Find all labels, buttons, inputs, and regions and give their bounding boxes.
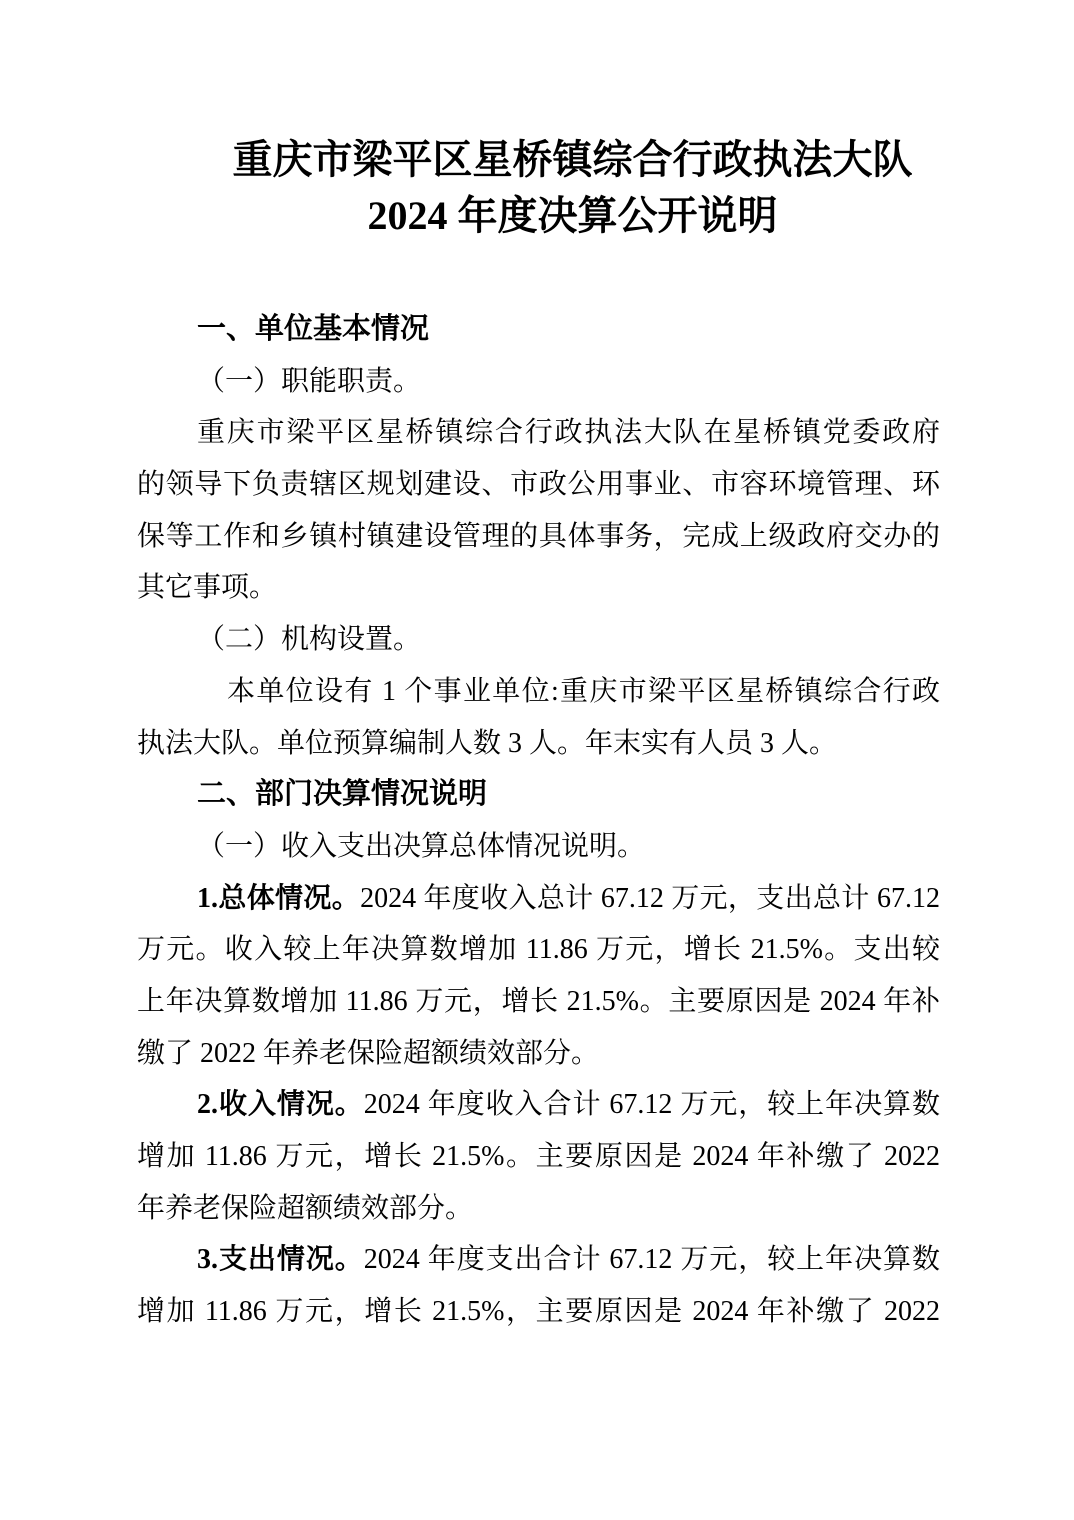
para-overall-text: 2024 年度收入总计 67.12 万元，支出总计 67.12 (360, 883, 940, 914)
para-income-line: 增加 11.86 万元，增长 21.5%。主要原因是 2024 年补缴了 202… (137, 1131, 940, 1183)
doc-body: 一、单位基本情况 （一）职能职责。 重庆市梁平区星桥镇综合行政执法大队在星桥镇党… (137, 304, 940, 1338)
para-expenditure-label: 3.支出情况。 (197, 1244, 364, 1275)
para-duties-line: 其它事项。 (137, 562, 940, 614)
para-duties-line: 的领导下负责辖区规划建设、市政公用事业、市容环境管理、环 (137, 459, 940, 511)
section-2-heading: 二、部门决算情况说明 (137, 769, 940, 821)
para-overall-line: 上年决算数增加 11.86 万元，增长 21.5%。主要原因是 2024 年补 (137, 976, 940, 1028)
subsection-1-1-heading: （一）职能职责。 (137, 356, 940, 408)
para-expenditure-line: 增加 11.86 万元，增长 21.5%，主要原因是 2024 年补缴了 202… (137, 1286, 940, 1338)
doc-title-block: 重庆市梁平区星桥镇综合行政执法大队 2024 年度决算公开说明 (137, 0, 940, 244)
para-income-line: 2.收入情况。2024 年度收入合计 67.12 万元，较上年决算数 (137, 1079, 940, 1131)
para-duties-line: 重庆市梁平区星桥镇综合行政执法大队在星桥镇党委政府 (137, 407, 940, 459)
para-structure-line: 执法大队。单位预算编制人数 3 人。年末实有人员 3 人。 (137, 718, 940, 770)
para-overall-line: 1.总体情况。2024 年度收入总计 67.12 万元，支出总计 67.12 (137, 873, 940, 925)
subsection-1-2-heading: （二）机构设置。 (137, 614, 940, 666)
para-expenditure-line: 3.支出情况。2024 年度支出合计 67.12 万元，较上年决算数 (137, 1234, 940, 1286)
doc-title-line-1: 重庆市梁平区星桥镇综合行政执法大队 (205, 132, 940, 188)
para-overall-label: 1.总体情况。 (197, 883, 360, 914)
para-overall-line: 万元。收入较上年决算数增加 11.86 万元，增长 21.5%。支出较 (137, 924, 940, 976)
para-overall-line: 缴了 2022 年养老保险超额绩效部分。 (137, 1028, 940, 1080)
document-page: 重庆市梁平区星桥镇综合行政执法大队 2024 年度决算公开说明 一、单位基本情况… (0, 0, 1074, 1520)
para-structure-line: 本单位设有 1 个事业单位:重庆市梁平区星桥镇综合行政 (137, 666, 940, 718)
subsection-2-1-heading: （一）收入支出决算总体情况说明。 (137, 821, 940, 873)
para-income-line: 年养老保险超额绩效部分。 (137, 1183, 940, 1235)
para-expenditure-text: 2024 年度支出合计 67.12 万元，较上年决算数 (364, 1244, 940, 1275)
para-income-label: 2.收入情况。 (197, 1089, 364, 1120)
para-income-text: 2024 年度收入合计 67.12 万元，较上年决算数 (364, 1089, 940, 1120)
section-1-heading: 一、单位基本情况 (137, 304, 940, 356)
doc-title-line-2: 2024 年度决算公开说明 (205, 188, 940, 244)
para-duties-line: 保等工作和乡镇村镇建设管理的具体事务，完成上级政府交办的 (137, 511, 940, 563)
